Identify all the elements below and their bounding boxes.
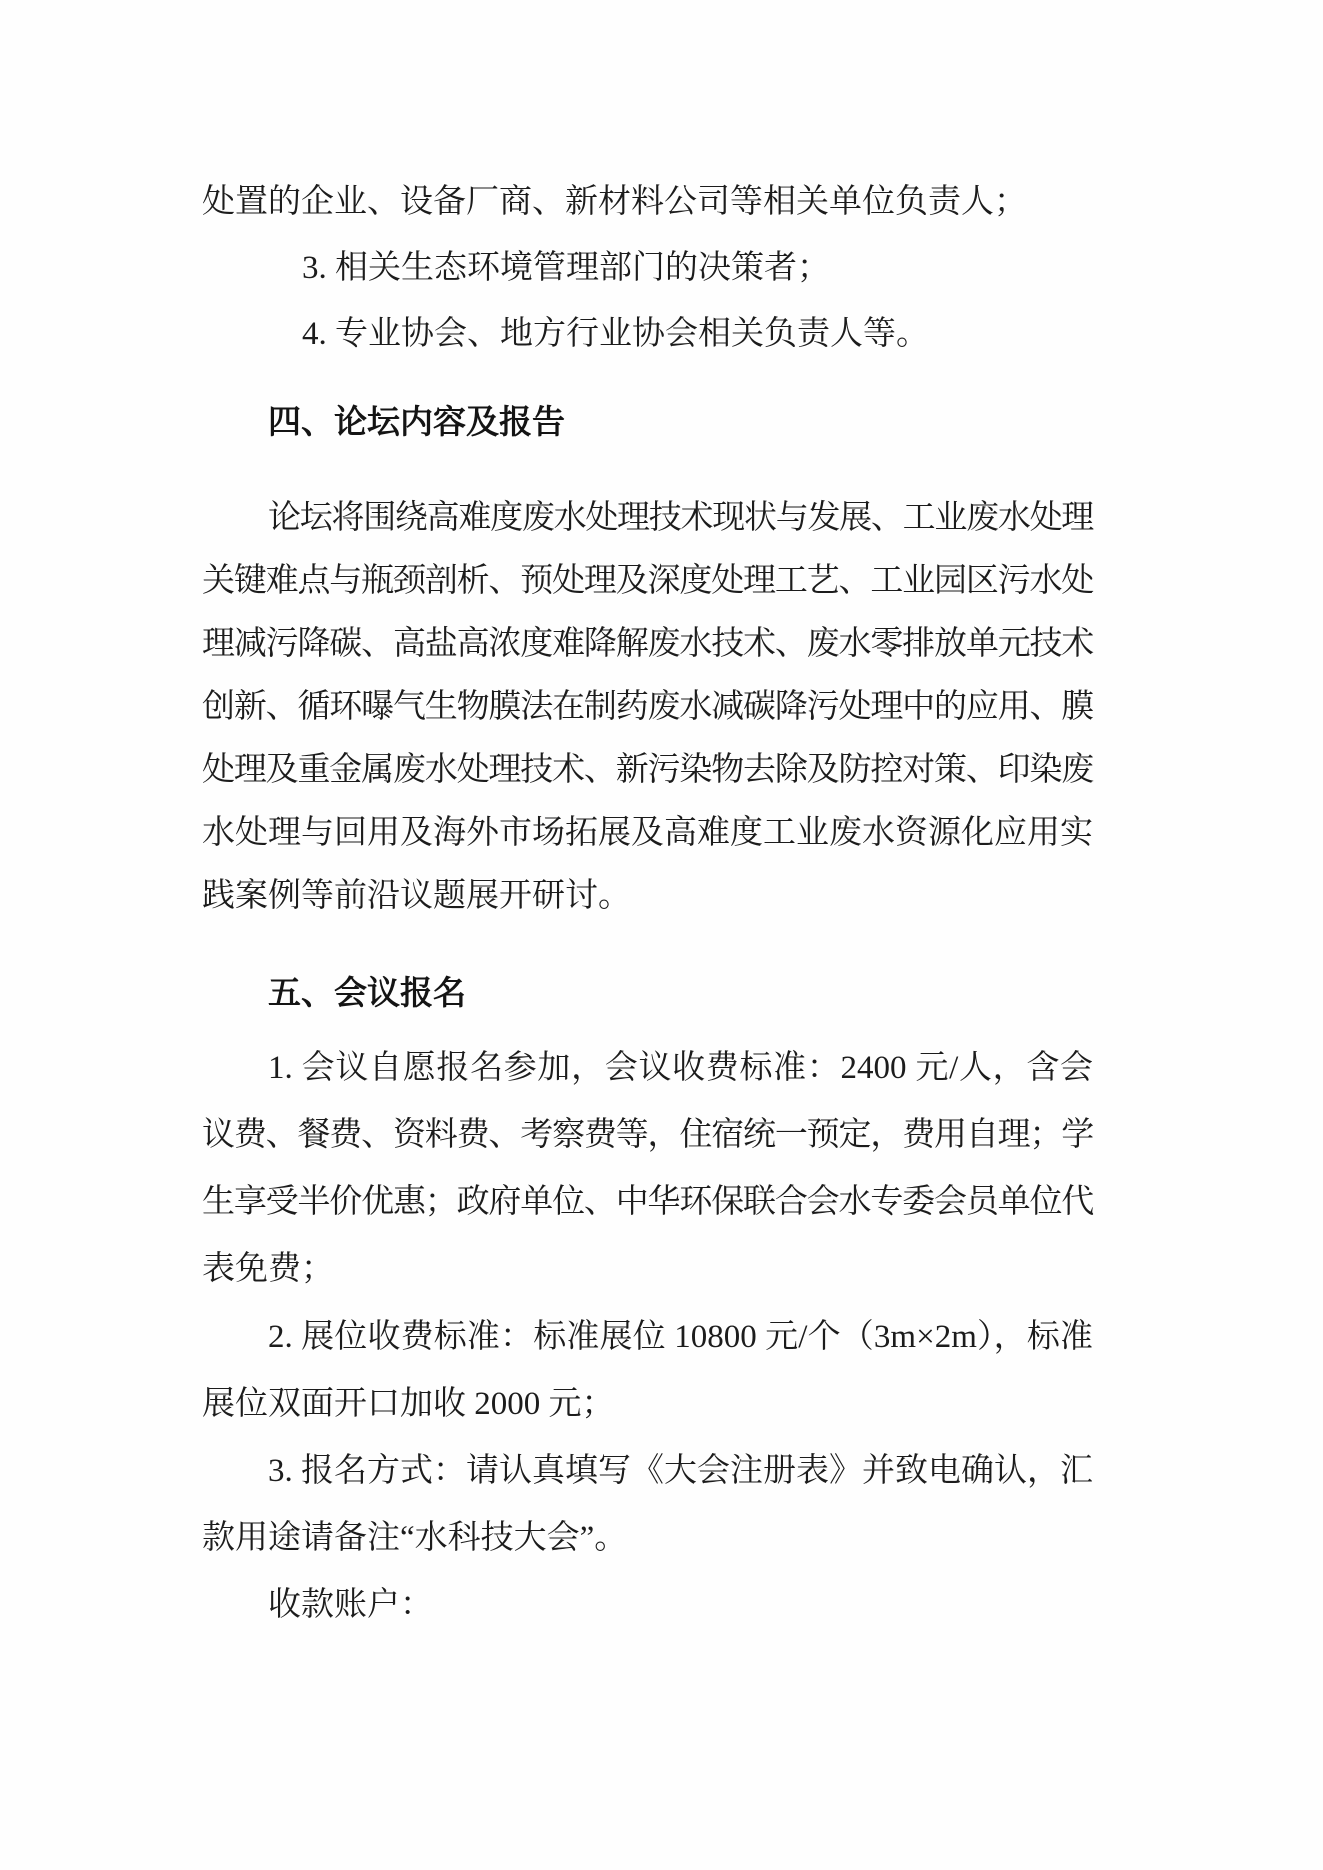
registration-item-1: 1. 会议自愿报名参加，会议收费标准：2400 元/人，含会 议费、餐费、资料费… (202, 1035, 1093, 1303)
paragraph-line: 款用途请备注“水科技大会”。 (202, 1505, 1093, 1572)
paragraph-line: 水处理与回用及海外市场拓展及高难度工业废水资源化应用实 (202, 802, 1093, 865)
paragraph-line: 论坛将围绕高难度废水处理技术现状与发展、工业废水处理 (202, 487, 1093, 550)
registration-item-3: 3. 报名方式：请认真填写《大会注册表》并致电确认，汇 款用途请备注“水科技大会… (202, 1438, 1093, 1572)
section-five-heading: 五、会议报名 (202, 961, 1093, 1027)
paragraph-line: 展位双面开口加收 2000 元； (202, 1371, 1093, 1438)
paragraph-line: 表免费； (202, 1236, 1093, 1303)
registration-item-2: 2. 展位收费标准：标准展位 10800 元/个（3m×2m），标准 展位双面开… (202, 1304, 1093, 1438)
paragraph-line: 理减污降碳、高盐高浓度难降解废水技术、废水零排放单元技术 (202, 613, 1093, 676)
paragraph-line: 处理及重金属废水处理技术、新污染物去除及防控对策、印染废 (202, 739, 1093, 802)
attendee-item-3: 3. 相关生态环境管理部门的决策者； (202, 235, 1093, 301)
attendee-item-4: 4. 专业协会、地方行业协会相关负责人等。 (202, 301, 1093, 367)
document-text-column: 处置的企业、设备厂商、新材料公司等相关单位负责人； 3. 相关生态环境管理部门的… (202, 169, 1093, 1639)
scanned-document-page: 处置的企业、设备厂商、新材料公司等相关单位负责人； 3. 相关生态环境管理部门的… (0, 0, 1323, 1870)
paragraph-line: 1. 会议自愿报名参加，会议收费标准：2400 元/人，含会 (202, 1035, 1093, 1102)
paragraph-line: 生享受半价优惠；政府单位、中华环保联合会水专委会员单位代 (202, 1169, 1093, 1236)
paragraph-line: 创新、循环曝气生物膜法在制药废水减碳降污处理中的应用、膜 (202, 676, 1093, 739)
section-four-paragraph: 论坛将围绕高难度废水处理技术现状与发展、工业废水处理 关键难点与瓶颈剖析、预处理… (202, 487, 1093, 928)
section-four-heading: 四、论坛内容及报告 (202, 390, 1093, 456)
account-label-line: 收款账户： (202, 1572, 1093, 1639)
paragraph-line: 议费、餐费、资料费、考察费等，住宿统一预定，费用自理；学 (202, 1102, 1093, 1169)
paragraph-line: 关键难点与瓶颈剖析、预处理及深度处理工艺、工业园区污水处 (202, 550, 1093, 613)
paragraph-line: 3. 报名方式：请认真填写《大会注册表》并致电确认，汇 (202, 1438, 1093, 1505)
paragraph-line: 2. 展位收费标准：标准展位 10800 元/个（3m×2m），标准 (202, 1304, 1093, 1371)
paragraph-line: 践案例等前沿议题展开研讨。 (202, 865, 1093, 928)
carryover-text-line: 处置的企业、设备厂商、新材料公司等相关单位负责人； (202, 169, 1093, 235)
account-block: 收款账户： (202, 1572, 1093, 1639)
